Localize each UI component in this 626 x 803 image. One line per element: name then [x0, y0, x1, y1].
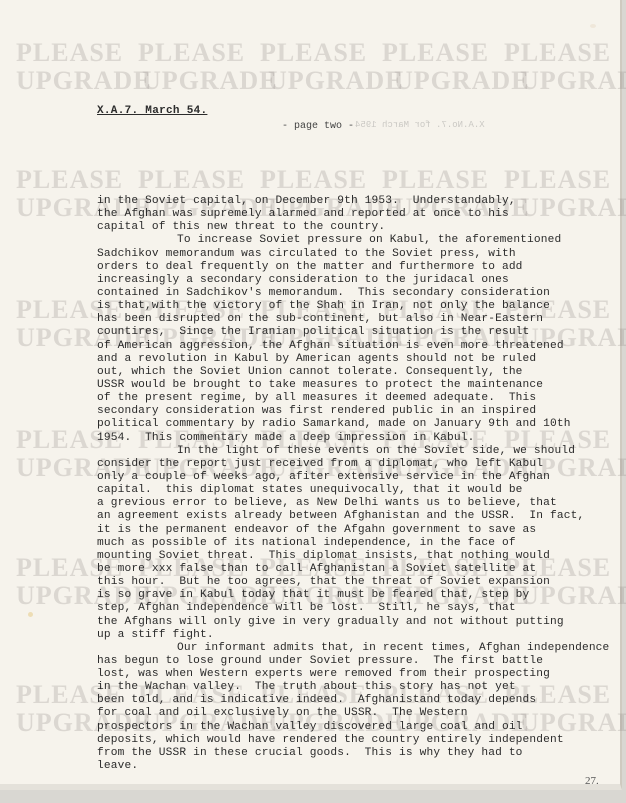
text-line: Sadchikov memorandum was circulated to t…	[97, 248, 626, 261]
text-line: this hour. But he too agrees, that the t…	[97, 576, 626, 589]
text-line: In the light of these events on the Sovi…	[97, 445, 626, 458]
text-line: in the Soviet capital, on December 9th 1…	[97, 195, 626, 208]
watermark-word: UPGRADE	[142, 66, 268, 96]
paper-mark	[28, 612, 33, 617]
text-line: the Afghan was supremely alarmed and rep…	[97, 208, 626, 221]
watermark-word: PLEASE	[138, 38, 260, 68]
text-line: up a stiff fight.	[97, 629, 626, 642]
text-line: is that,with the victory of the Shah in …	[97, 300, 626, 313]
watermark-word: PLEASE	[16, 38, 138, 68]
bleed-through-text: X.A.No.7. for March 1954	[355, 120, 485, 130]
text-line: is so grave in Kabul today that it must …	[97, 589, 626, 602]
text-line: mounting Soviet threat. This diplomat in…	[97, 550, 626, 563]
watermark-word: PLEASE	[260, 165, 382, 195]
text-line: deposits, which would have rendered the …	[97, 734, 626, 747]
text-line: secondary consideration was first render…	[97, 405, 626, 418]
watermark-word: UPGRADE	[16, 66, 142, 96]
text-line: and a revolution in Kabul by American ag…	[97, 353, 626, 366]
text-line: has been disrupted on the sub-continent,…	[97, 313, 626, 326]
watermark-word: PLEASE	[504, 38, 626, 68]
page-label: - page two -	[282, 121, 354, 132]
watermark-word: PLEASE	[382, 38, 504, 68]
text-line: prospectors in the Wachan valley discove…	[97, 721, 626, 734]
watermark-word: PLEASE	[16, 165, 138, 195]
text-line: increasingly a secondary consideration t…	[97, 274, 626, 287]
text-line: has begun to lose ground under Soviet pr…	[97, 655, 626, 668]
text-line: of the present regime, by all measures i…	[97, 392, 626, 405]
text-line: step, Afghan independence will be lost. …	[97, 602, 626, 615]
text-line: it is the permanent endeavor of the Afga…	[97, 524, 626, 537]
text-line: leave.	[97, 760, 626, 773]
text-line: To increase Soviet pressure on Kabul, th…	[97, 234, 626, 247]
watermark-word: PLEASE	[138, 165, 260, 195]
text-line: Our informant admits that, in recent tim…	[97, 642, 626, 655]
text-line: from the USSR in these crucial goods. Th…	[97, 747, 626, 760]
text-line: countires, Since the Iranian political s…	[97, 326, 626, 339]
watermark-row: UPGRADE UPGRADE UPGRADE UPGRADE UPGRADE	[0, 66, 626, 96]
text-line: out, which the Soviet Union cannot toler…	[97, 366, 626, 379]
text-line: been told, and is indicative indeed. Afg…	[97, 694, 626, 707]
text-line: orders to deal frequently on the matter …	[97, 261, 626, 274]
text-line: an agreement exists already between Afgh…	[97, 510, 626, 523]
text-line: much as possible of its national indepen…	[97, 537, 626, 550]
document-page: PLEASE PLEASE PLEASE PLEASE PLEASE UPGRA…	[0, 0, 622, 790]
watermark-word: UPGRADE	[520, 66, 626, 96]
text-line: for coal and oil exclusively on the USSR…	[97, 707, 626, 720]
folio-number: 27.	[585, 775, 599, 787]
document-body: in the Soviet capital, on December 9th 1…	[97, 195, 626, 773]
watermark-word: UPGRADE	[394, 66, 520, 96]
watermark-word: PLEASE	[260, 38, 382, 68]
text-line: contained in Sadchikov's memorandum. Thi…	[97, 287, 626, 300]
text-line: only a couple of weeks ago, afiter exten…	[97, 471, 626, 484]
paper-mark	[590, 24, 596, 28]
text-line: the Afghans will only give in very gradu…	[97, 616, 626, 629]
text-line: consider the report just received from a…	[97, 458, 626, 471]
watermark-word: PLEASE	[504, 165, 626, 195]
text-line: USSR would be brought to take measures t…	[97, 379, 626, 392]
text-line: be more xxx false than to call Afghanist…	[97, 563, 626, 576]
watermark-row: PLEASE PLEASE PLEASE PLEASE PLEASE	[0, 165, 626, 195]
text-line: political commentary by radio Samarkand,…	[97, 418, 626, 431]
watermark-row: PLEASE PLEASE PLEASE PLEASE PLEASE	[0, 38, 626, 68]
text-line: a grevious error to believe, as New Delh…	[97, 497, 626, 510]
text-line: capital of this new threat to the countr…	[97, 221, 626, 234]
watermark-word: UPGRADE	[268, 66, 394, 96]
text-line: in the Wachan valley. The truth about th…	[97, 681, 626, 694]
text-line: lost, was when Western experts were remo…	[97, 668, 626, 681]
text-line: capital. this diplomat states unequivoca…	[97, 484, 626, 497]
text-line: of American aggression, the Afghan situa…	[97, 340, 626, 353]
watermark-word: PLEASE	[382, 165, 504, 195]
text-line: 1954. This commentary made a deep impres…	[97, 432, 626, 445]
document-reference: X.A.7. March 54.	[97, 105, 207, 117]
